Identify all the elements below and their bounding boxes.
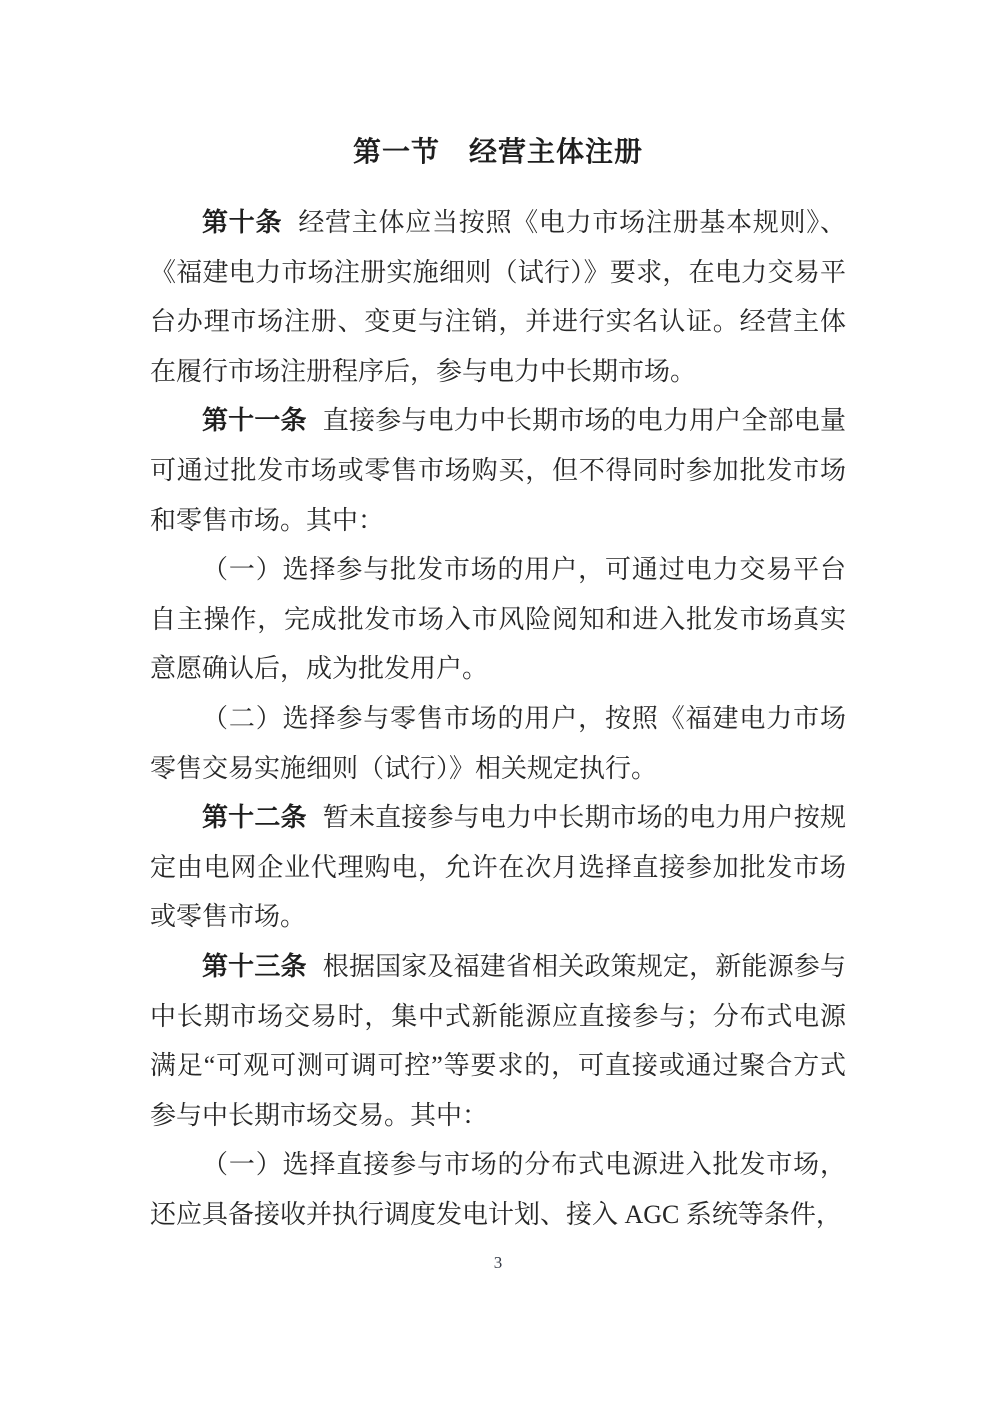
- section-title: 第一节 经营主体注册: [150, 136, 846, 170]
- page-number: 3: [150, 1252, 846, 1274]
- article-number: 第十二条: [202, 803, 307, 832]
- article-number: 第十一条: [202, 406, 307, 435]
- document-body: 第十条经营主体应当按照《电力市场注册基本规则》、《福建电力市场注册实施细则（试行…: [150, 198, 846, 1239]
- article-number: 第十三条: [202, 952, 307, 981]
- paragraph: 第十三条根据国家及福建省相关政策规定，新能源参与中长期市场交易时，集中式新能源应…: [150, 942, 846, 1140]
- paragraph: （一）选择直接参与市场的分布式电源进入批发市场，还应具备接收并执行调度发电计划、…: [150, 1140, 846, 1239]
- article-number: 第十条: [202, 208, 282, 237]
- document-page: 第一节 经营主体注册 第十条经营主体应当按照《电力市场注册基本规则》、《福建电力…: [0, 0, 992, 1403]
- paragraph: 第十条经营主体应当按照《电力市场注册基本规则》、《福建电力市场注册实施细则（试行…: [150, 198, 846, 396]
- paragraph: （二）选择参与零售市场的用户，按照《福建电力市场零售交易实施细则（试行）》相关规…: [150, 694, 846, 793]
- paragraph: （一）选择参与批发市场的用户，可通过电力交易平台自主操作，完成批发市场入市风险阅…: [150, 545, 846, 694]
- paragraph: 第十一条直接参与电力中长期市场的电力用户全部电量可通过批发市场或零售市场购买，但…: [150, 396, 846, 545]
- paragraph: 第十二条暂未直接参与电力中长期市场的电力用户按规定由电网企业代理购电，允许在次月…: [150, 793, 846, 942]
